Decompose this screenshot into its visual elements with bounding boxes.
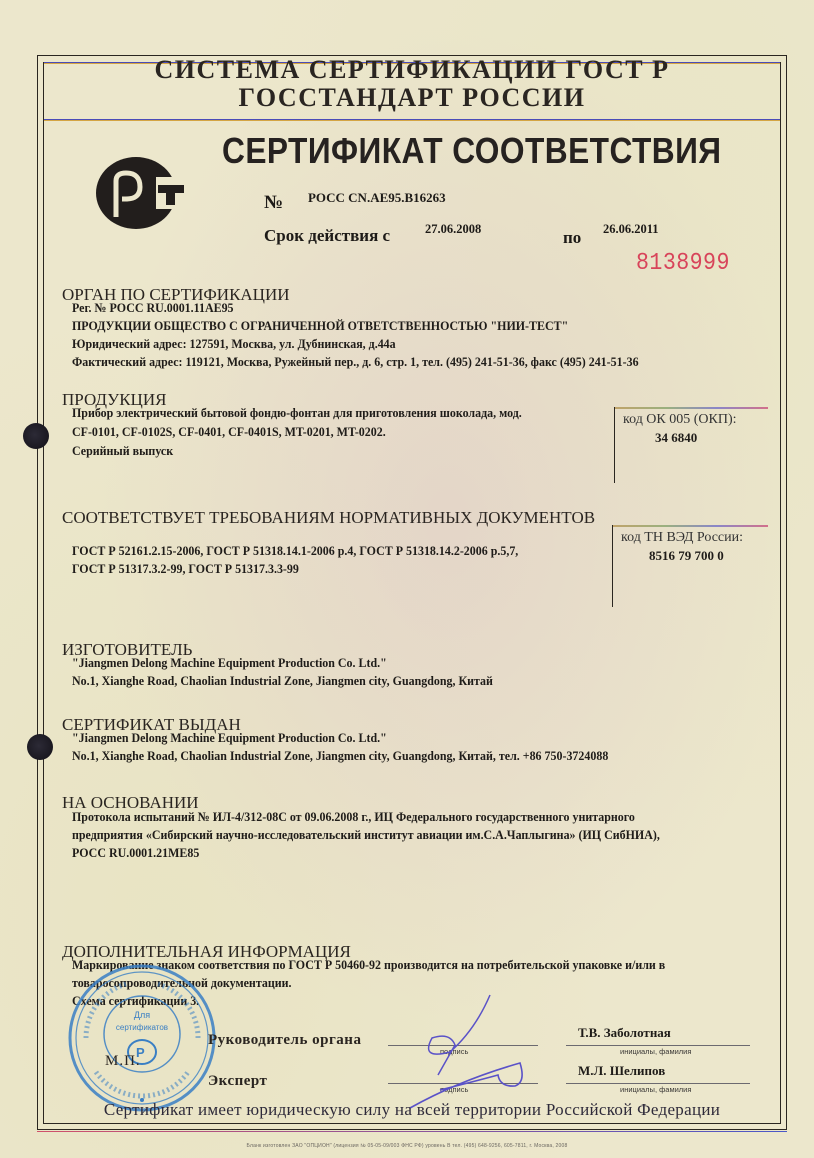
basis-line: РОСС RU.0001.21МЕ85	[72, 845, 199, 861]
certificate-number: РОСС CN.AE95.B16263	[308, 190, 446, 206]
expert-name-line	[566, 1083, 750, 1084]
certification-body-line: ПРОДУКЦИИ ОБЩЕСТВО С ОГРАНИЧЕННОЙ ОТВЕТС…	[72, 318, 568, 334]
expert-name: М.Л. Шелипов	[578, 1063, 665, 1079]
header-divider	[44, 119, 780, 121]
head-signature-line	[388, 1045, 538, 1046]
okp-code-box: код ОК 005 (ОКП): 34 6840	[614, 407, 768, 483]
legal-validity-note: Сертификат имеет юридическую силу на все…	[44, 1100, 780, 1120]
issued-to-line: No.1, Xianghe Road, Chaolian Industrial …	[72, 748, 608, 764]
expert-label: Эксперт	[208, 1073, 267, 1090]
head-signature-caption: подпись	[440, 1047, 468, 1056]
okp-code-value: 34 6840	[655, 430, 697, 446]
issued-to-line: "Jiangmen Delong Machine Equipment Produ…	[72, 730, 387, 746]
valid-to-label: по	[563, 228, 581, 248]
binder-hole-bottom	[27, 734, 53, 760]
svg-text:Для: Для	[134, 1010, 150, 1020]
requirements-heading: СООТВЕТСТВУЕТ ТРЕБОВАНИЯМ НОРМАТИВНЫХ ДО…	[62, 508, 595, 528]
certification-body-line: Фактический адрес: 119121, Москва, Ружей…	[72, 354, 639, 370]
product-line: CF-0101, CF-0102S, CF-0401, CF-0401S, MT…	[72, 424, 386, 440]
valid-to-date: 26.06.2011	[603, 222, 659, 237]
expert-signature-caption: подпись	[440, 1085, 468, 1094]
expert-signature-line	[388, 1083, 538, 1084]
seal-place-label: М.П.	[105, 1053, 141, 1070]
certificate-title: СЕРТИФИКАТ СООТВЕТСТВИЯ	[222, 130, 722, 172]
official-stamp-icon: Для сертификатов P	[66, 962, 218, 1114]
rst-mark-icon	[94, 155, 190, 231]
validity-label: Срок действия с	[264, 226, 390, 246]
system-title: СИСТЕМА СЕРТИФИКАЦИИ ГОСТ Р	[44, 55, 780, 85]
requirements-line: ГОСТ Р 52161.2.15-2006, ГОСТ Р 51318.14.…	[72, 543, 518, 559]
expert-name-caption: инициалы, фамилия	[620, 1085, 691, 1094]
blank-serial-number: 8138999	[636, 250, 730, 277]
valid-from-date: 27.06.2008	[425, 222, 481, 237]
printer-imprint: Бланк изготовлен ЗАО "ОПЦИОН" (лицензия …	[0, 1143, 814, 1149]
certification-body-line: Юридический адрес: 127591, Москва, ул. Д…	[72, 336, 396, 352]
head-name-line	[566, 1045, 750, 1046]
product-line: Прибор электрический бытовой фондю-фонта…	[72, 405, 522, 421]
product-line: Серийный выпуск	[72, 443, 173, 459]
head-of-body-label: Руководитель органа	[208, 1032, 361, 1049]
basis-line: Протокола испытаний № ИЛ-4/312-08С от 09…	[72, 809, 635, 825]
tnved-code-label: код ТН ВЭД России:	[621, 530, 743, 546]
svg-text:сертификатов: сертификатов	[116, 1023, 168, 1032]
basis-line: предприятия «Сибирский научно-исследоват…	[72, 827, 660, 843]
requirements-line: ГОСТ Р 51317.3.2-99, ГОСТ Р 51317.3.3-99	[72, 561, 299, 577]
tnved-code-box: код ТН ВЭД России: 8516 79 700 0	[612, 525, 768, 607]
okp-code-label: код ОК 005 (ОКП):	[623, 412, 737, 428]
binder-hole-top	[23, 423, 49, 449]
certification-body-line: Рег. № РОСС RU.0001.11AE95	[72, 300, 234, 316]
manufacturer-line: "Jiangmen Delong Machine Equipment Produ…	[72, 655, 387, 671]
agency-title: ГОССТАНДАРТ РОССИИ	[44, 83, 780, 113]
tnved-code-value: 8516 79 700 0	[649, 548, 724, 564]
head-name-caption: инициалы, фамилия	[620, 1047, 691, 1056]
head-name: Т.В. Заболотная	[578, 1025, 671, 1041]
manufacturer-line: No.1, Xianghe Road, Chaolian Industrial …	[72, 673, 493, 689]
number-sign: №	[264, 192, 283, 214]
